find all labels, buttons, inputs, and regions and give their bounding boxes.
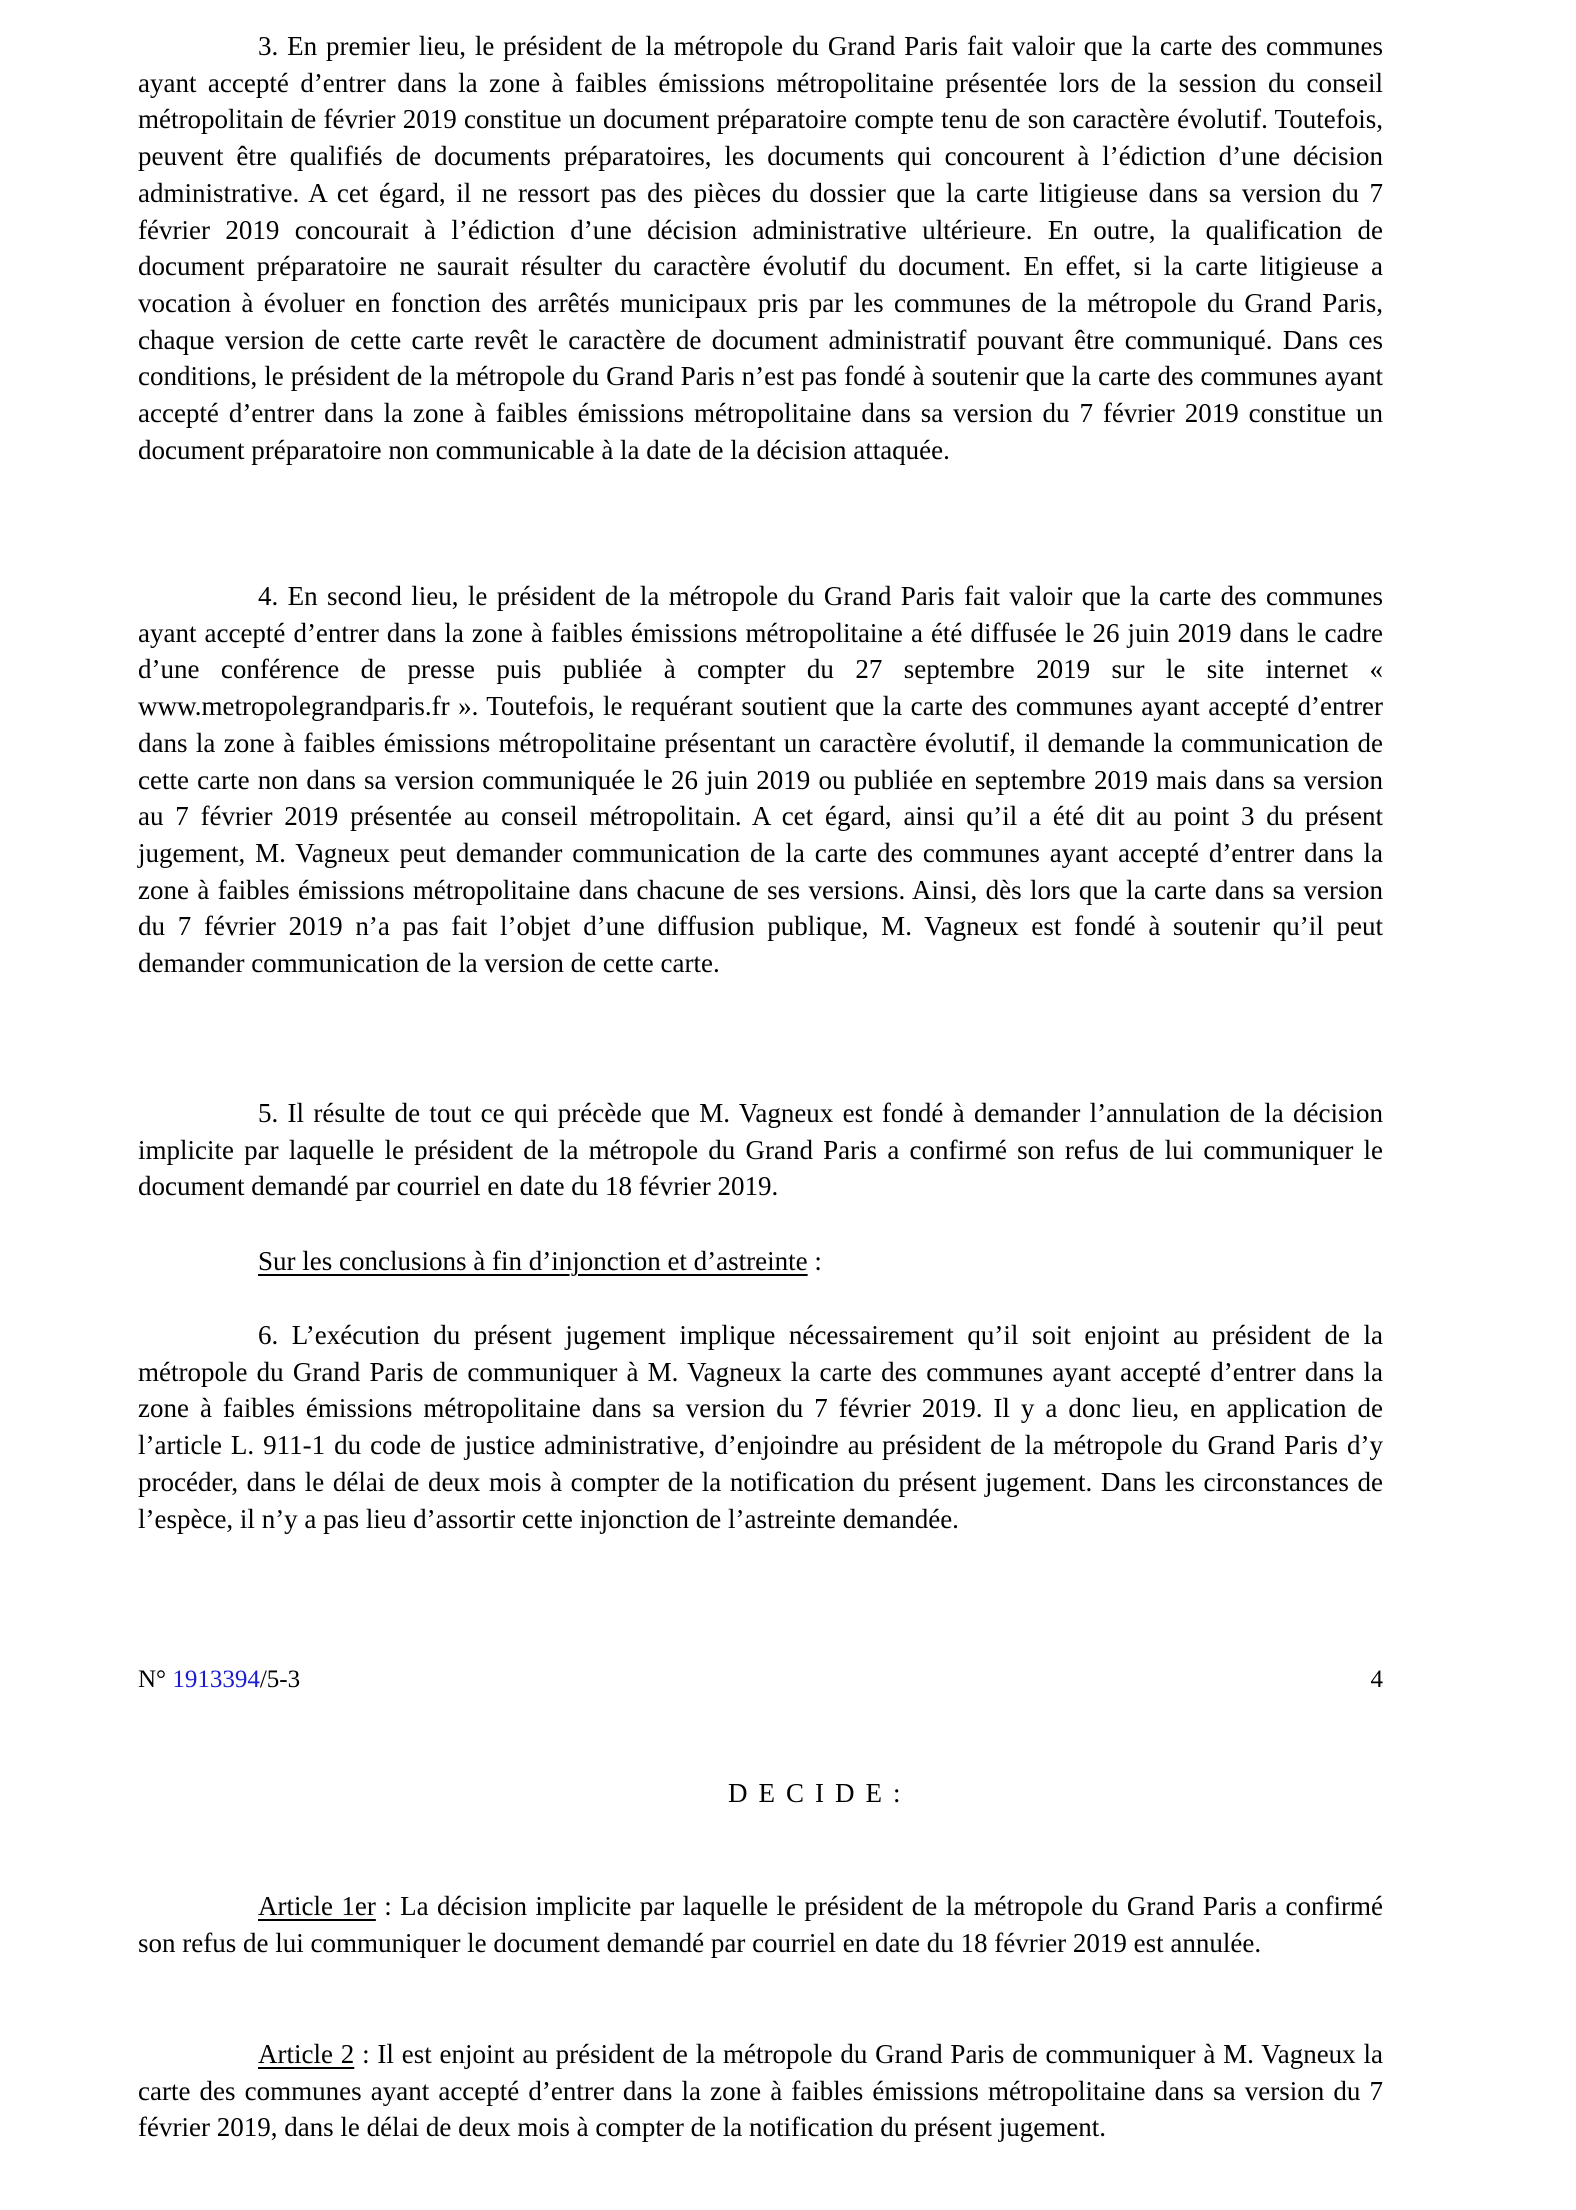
decision-title: DECIDE: bbox=[728, 1775, 911, 1812]
section-heading-text: Sur les conclusions à fin d’injonction e… bbox=[258, 1246, 808, 1276]
case-number-prefix: N° bbox=[138, 1666, 172, 1693]
document-page: 3. En premier lieu, le président de la m… bbox=[0, 0, 1576, 2210]
page-footer: N° 1913394/5-3 4 bbox=[138, 1662, 1383, 1698]
paragraph-4: 4. En second lieu, le président de la mé… bbox=[138, 578, 1383, 982]
paragraph-3: 3. En premier lieu, le président de la m… bbox=[138, 28, 1383, 468]
case-number-suffix: /5-3 bbox=[260, 1666, 300, 1693]
section-heading-colon: : bbox=[808, 1246, 822, 1276]
section-heading-injonction: Sur les conclusions à fin d’injonction e… bbox=[258, 1243, 822, 1280]
article-1-label: Article 1er bbox=[258, 1891, 376, 1921]
article-1: Article 1er : La décision implicite par … bbox=[138, 1888, 1383, 1961]
case-number-link[interactable]: 1913394 bbox=[172, 1666, 260, 1693]
paragraph-5: 5. Il résulte de tout ce qui précède que… bbox=[138, 1095, 1383, 1205]
page-number: 4 bbox=[1371, 1662, 1384, 1698]
paragraph-6: 6. L’exécution du présent jugement impli… bbox=[138, 1317, 1383, 1537]
article-2: Article 2 : Il est enjoint au président … bbox=[138, 2036, 1383, 2146]
article-2-label: Article 2 bbox=[258, 2039, 354, 2069]
